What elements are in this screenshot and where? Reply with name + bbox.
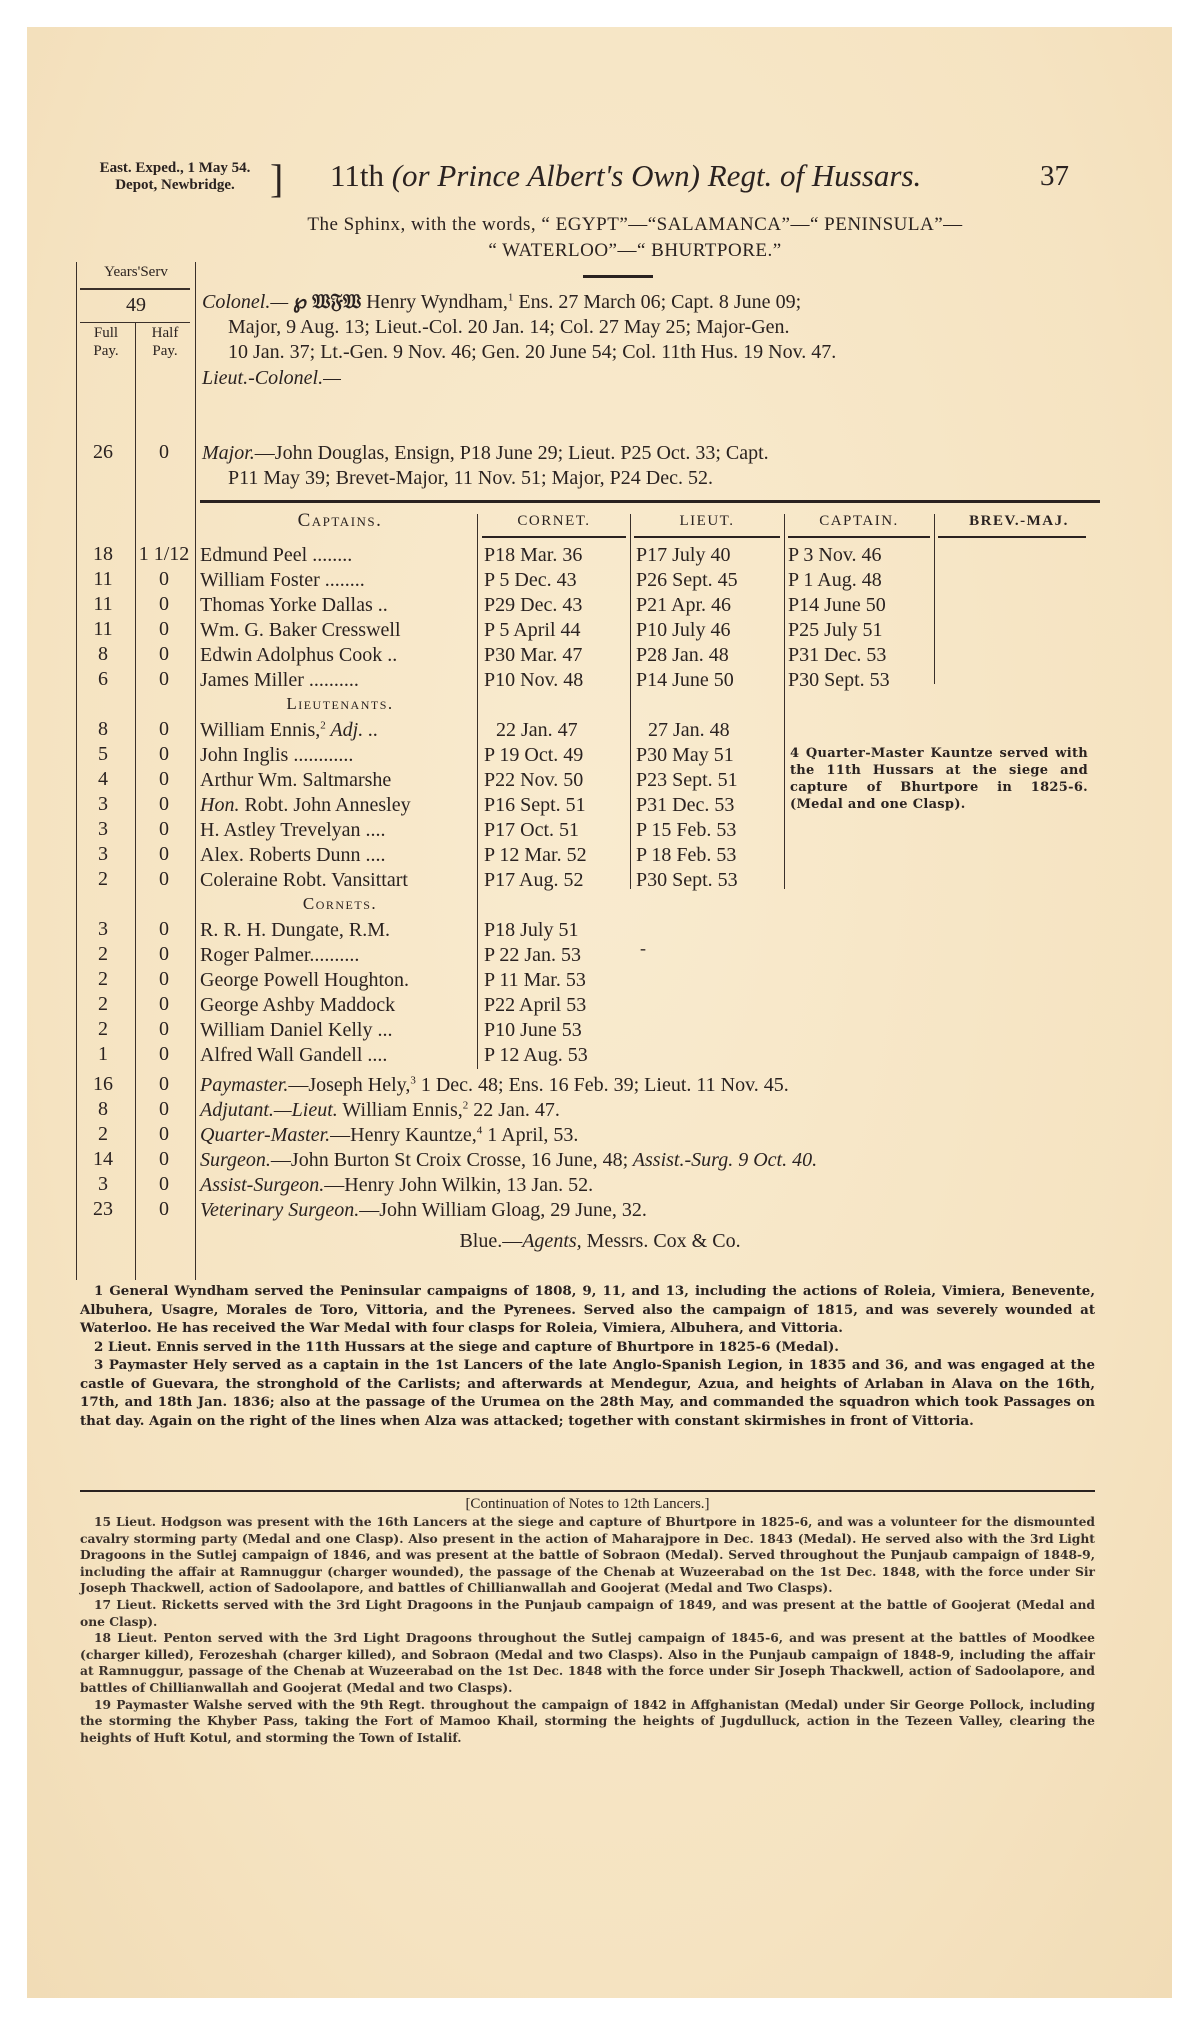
officer-name: Thomas Yorke Dallas .. xyxy=(200,593,478,618)
divider-short xyxy=(583,275,653,278)
full-pay-value: 4 xyxy=(78,768,128,791)
lieut-date: P21 Apr. 46 xyxy=(636,593,782,618)
full-pay-value: 2 xyxy=(78,1123,128,1146)
half-pay-value: 0 xyxy=(138,1043,190,1066)
cornet-date: P18 July 51 xyxy=(484,918,630,943)
lieut-date: P10 July 46 xyxy=(636,618,782,643)
section-cornets: Cornets. xyxy=(200,894,480,914)
half-pay-value: 0 xyxy=(138,818,190,841)
half-pay-value: 0 xyxy=(138,918,190,941)
lieut-colonel-entry: Lieut.-Colonel.— xyxy=(202,366,1102,391)
officer-name: Wm. G. Baker Cresswell xyxy=(200,618,478,643)
full-pay-value: 2 xyxy=(78,943,128,966)
major-half-pay: 0 xyxy=(138,441,190,464)
colonel-line-3: 10 Jan. 37; Lt.-Gen. 9 Nov. 46; Gen. 20 … xyxy=(202,340,1102,365)
half-pay-value: 0 xyxy=(138,968,190,991)
station-line-1: East. Exped., 1 May 54. xyxy=(80,160,270,177)
full-pay-value: 8 xyxy=(78,643,128,666)
honours-line-2: “ WATERLOO”—“ BHURTPORE.” xyxy=(160,238,1110,264)
colonel-line-2: Major, 9 Aug. 13; Lieut.-Col. 20 Jan. 14… xyxy=(202,315,1102,340)
continuation-notes: 15 Lieut. Hodgson was present with the 1… xyxy=(80,1514,1095,1746)
full-pay-value: 8 xyxy=(78,1098,128,1121)
column-rule xyxy=(784,514,785,889)
lieut-date: P17 July 40 xyxy=(636,543,782,568)
full-pay-value: 2 xyxy=(78,1018,128,1041)
lieut-date: P 18 Feb. 53 xyxy=(636,843,782,868)
lieut-date: P28 Jan. 48 xyxy=(636,643,782,668)
cornet-date: P30 Mar. 47 xyxy=(484,643,630,668)
half-pay-value: 0 xyxy=(138,643,190,666)
full-pay-value: 3 xyxy=(78,843,128,866)
names-column-divider xyxy=(195,290,196,1280)
regimental-honours: The Sphinx, with the words, “ EGYPT”—“SA… xyxy=(160,212,1110,264)
pay-column-divider xyxy=(135,322,136,1280)
half-pay-value: 0 xyxy=(138,868,190,891)
major-rank: Major. xyxy=(202,442,255,464)
divider xyxy=(788,536,930,538)
full-pay-value: 11 xyxy=(78,618,128,641)
officer-name: Roger Palmer.......... xyxy=(200,943,478,968)
officer-name: Coleraine Robt. Vansittart xyxy=(200,868,478,893)
dash-mark: - xyxy=(640,938,646,959)
officer-name: Alex. Roberts Dunn .... xyxy=(200,843,478,868)
major-full-pay: 26 xyxy=(78,441,128,464)
captain-date: P30 Sept. 53 xyxy=(788,668,930,693)
full-pay-value: 2 xyxy=(78,968,128,991)
half-pay-value: 0 xyxy=(138,943,190,966)
cornet-date: P 12 Aug. 53 xyxy=(484,1043,630,1068)
full-pay-value: 14 xyxy=(78,1148,128,1171)
captain-date: P 3 Nov. 46 xyxy=(788,543,930,568)
half-pay-value: 0 xyxy=(138,743,190,766)
colonel-name: Henry Wyndham, xyxy=(366,291,508,313)
cornet-date: P29 Dec. 43 xyxy=(484,593,630,618)
full-pay-value: 5 xyxy=(78,743,128,766)
footnote-4-sidenote: 4 Quarter-Master Kauntze served with the… xyxy=(790,745,1088,813)
footnotes: 1 General Wyndham served the Peninsular … xyxy=(80,1282,1095,1430)
lieut-date: P23 Sept. 51 xyxy=(636,768,782,793)
staff-row-paymaster: Paymaster.—Joseph Hely,3 1 Dec. 48; Ens.… xyxy=(200,1073,789,1098)
lieut-date: P14 June 50 xyxy=(636,668,782,693)
title-number: 11th xyxy=(330,158,384,193)
cornet-date: P17 Oct. 51 xyxy=(484,818,630,843)
station-bracket: ] xyxy=(270,160,283,198)
facings-agents: Blue.—Agents, Messrs. Cox & Co. xyxy=(200,1230,1000,1253)
note-18: 18 Lieut. Penton served with the 3rd Lig… xyxy=(80,1630,1095,1696)
lieut-date: P30 Sept. 53 xyxy=(636,868,782,893)
cornet-date: 22 Jan. 47 xyxy=(484,718,642,743)
note-15: 15 Lieut. Hodgson was present with the 1… xyxy=(80,1514,1095,1597)
full-pay-value: 16 xyxy=(78,1073,128,1096)
cornet-date: P 22 Jan. 53 xyxy=(484,943,630,968)
full-pay-value: 2 xyxy=(78,868,128,891)
half-pay-value: 0 xyxy=(138,1018,190,1041)
cornet-date: P10 Nov. 48 xyxy=(484,668,630,693)
officer-name: R. R. H. Dungate, R.M. xyxy=(200,918,478,943)
officer-name: James Miller .......... xyxy=(200,668,478,693)
column-rule xyxy=(934,514,935,684)
officer-name: Alfred Wall Gandell .... xyxy=(200,1043,478,1068)
cornet-date: P10 June 53 xyxy=(484,1018,630,1043)
officer-name: George Powell Houghton. xyxy=(200,968,478,993)
half-pay-value: 0 xyxy=(138,1073,190,1096)
officer-name: H. Astley Trevelyan .... xyxy=(200,818,478,843)
staff-row-adjutant: Adjutant.—Lieut. William Ennis,2 22 Jan.… xyxy=(200,1098,560,1123)
half-pay-value: 0 xyxy=(138,568,190,591)
footnote-3: 3 Paymaster Hely served as a captain in … xyxy=(80,1356,1095,1430)
half-pay-value: 0 xyxy=(138,1148,190,1171)
half-pay-value: 0 xyxy=(138,593,190,616)
captain-date: P25 July 51 xyxy=(788,618,930,643)
full-pay-value: 2 xyxy=(78,993,128,1016)
half-pay-value: 0 xyxy=(138,843,190,866)
cornet-date: P16 Sept. 51 xyxy=(484,793,630,818)
header-captains: Captains. xyxy=(200,510,480,532)
officer-name: William Ennis,2 Adj. .. xyxy=(200,718,478,743)
full-pay-value: 1 xyxy=(78,1043,128,1066)
full-pay-value: 3 xyxy=(78,1173,128,1196)
colonel-years-total: 49 xyxy=(78,294,194,317)
officer-name: Hon. Robt. John Annesley xyxy=(200,793,478,818)
major-line-2: P11 May 39; Brevet-Major, 11 Nov. 51; Ma… xyxy=(202,466,1102,491)
full-pay-value: 11 xyxy=(78,568,128,591)
half-pay-value: 0 xyxy=(138,993,190,1016)
continuation-title: [Continuation of Notes to 12th Lancers.] xyxy=(80,1496,1095,1513)
divider xyxy=(482,536,626,538)
major-entry: Major.—John Douglas, Ensign, P18 June 29… xyxy=(202,441,1102,491)
officer-name: Edwin Adolphus Cook .. xyxy=(200,643,478,668)
officer-name: William Daniel Kelly ... xyxy=(200,1018,478,1043)
honours-line-1: The Sphinx, with the words, “ EGYPT”—“SA… xyxy=(160,212,1110,238)
section-lieutenants: Lieutenants. xyxy=(200,694,480,714)
divider xyxy=(80,1490,1095,1492)
station-line-2: Depot, Newbridge. xyxy=(80,177,270,194)
header-brevet-major: BREV.-MAJ. xyxy=(936,513,1102,530)
lieut-date: P30 May 51 xyxy=(636,743,782,768)
note-17: 17 Lieut. Ricketts served with the 3rd L… xyxy=(80,1597,1095,1630)
cornet-date: P18 Mar. 36 xyxy=(484,543,630,568)
half-pay-value: 0 xyxy=(138,718,190,741)
half-pay-value: 0 xyxy=(138,618,190,641)
cornet-date: P 11 Mar. 53 xyxy=(484,968,630,993)
cornet-date: P17 Aug. 52 xyxy=(484,868,630,893)
header-cornet: CORNET. xyxy=(480,513,628,530)
colonel-rank: Colonel.— xyxy=(202,291,288,313)
half-pay-value: 0 xyxy=(138,1173,190,1196)
running-head-station: East. Exped., 1 May 54. Depot, Newbridge… xyxy=(80,160,270,194)
half-pay-value: 0 xyxy=(138,1098,190,1121)
full-pay-header: Full Pay. xyxy=(78,324,134,360)
lieut-date: P26 Sept. 45 xyxy=(636,568,782,593)
title-text: (or Prince Albert's Own) Regt. of Hussar… xyxy=(384,158,921,193)
lieut-date: 27 Jan. 48 xyxy=(636,718,794,743)
captain-date: P31 Dec. 53 xyxy=(788,643,930,668)
half-pay-value: 1 1/12 xyxy=(138,543,190,566)
officer-name: Arthur Wm. Saltmarshe xyxy=(200,768,478,793)
honour-marks: ℘ 𝔚𝔉𝔚 xyxy=(293,291,361,313)
officer-name: William Foster ........ xyxy=(200,568,478,593)
officer-name: John Inglis ............ xyxy=(200,743,478,768)
years-service-header: Years'Serv xyxy=(78,264,194,281)
full-pay-value: 3 xyxy=(78,818,128,841)
page-number: 37 xyxy=(1040,160,1069,193)
officer-name: Edmund Peel ........ xyxy=(200,543,478,568)
colonel-entry: Colonel.— ℘ 𝔚𝔉𝔚 Henry Wyndham,1 Ens. 27 … xyxy=(202,290,1102,365)
cornet-date: P22 April 53 xyxy=(484,993,630,1018)
half-pay-header: Half Pay. xyxy=(136,324,194,360)
full-pay-value: 18 xyxy=(78,543,128,566)
full-pay-value: 23 xyxy=(78,1198,128,1221)
full-pay-value: 3 xyxy=(78,918,128,941)
half-pay-value: 0 xyxy=(138,1198,190,1221)
cornet-date: P22 Nov. 50 xyxy=(484,768,630,793)
column-rule xyxy=(630,514,631,889)
captain-date: P14 June 50 xyxy=(788,593,930,618)
lieut-date: P31 Dec. 53 xyxy=(636,793,782,818)
divider-thick xyxy=(200,500,1100,503)
cornet-date: P 5 Dec. 43 xyxy=(484,568,630,593)
officer-name: George Ashby Maddock xyxy=(200,993,478,1018)
footnote-2: 2 Lieut. Ennis served in the 11th Hussar… xyxy=(80,1338,1095,1357)
half-pay-value: 0 xyxy=(138,793,190,816)
staff-row-quarter-master: Quarter-Master.—Henry Kauntze,4 1 April,… xyxy=(200,1123,578,1148)
cornet-date: P 12 Mar. 52 xyxy=(484,843,630,868)
cornet-date: P 19 Oct. 49 xyxy=(484,743,630,768)
divider xyxy=(80,288,190,290)
full-pay-value: 6 xyxy=(78,668,128,691)
full-pay-value: 8 xyxy=(78,718,128,741)
half-pay-value: 0 xyxy=(138,668,190,691)
header-lieut: LIEUT. xyxy=(632,513,782,530)
footnote-1: 1 General Wyndham served the Peninsular … xyxy=(80,1282,1095,1338)
lieut-date: P 15 Feb. 53 xyxy=(636,818,782,843)
staff-row-surgeon: Surgeon.—John Burton St Croix Crosse, 16… xyxy=(200,1148,817,1173)
half-pay-value: 0 xyxy=(138,768,190,791)
divider xyxy=(634,536,780,538)
page-title: 11th (or Prince Albert's Own) Regt. of H… xyxy=(330,158,921,194)
note-19: 19 Paymaster Walshe served with the 9th … xyxy=(80,1697,1095,1747)
cornet-date: P 5 April 44 xyxy=(484,618,630,643)
captain-date: P 1 Aug. 48 xyxy=(788,568,930,593)
staff-row-assist-surgeon: Assist-Surgeon.—Henry John Wilkin, 13 Ja… xyxy=(200,1173,593,1198)
full-pay-value: 3 xyxy=(78,793,128,816)
full-pay-value: 11 xyxy=(78,593,128,616)
divider xyxy=(938,536,1086,538)
header-captain: CAPTAIN. xyxy=(786,513,932,530)
half-pay-value: 0 xyxy=(138,1123,190,1146)
staff-row-veterinary-surgeon: Veterinary Surgeon.—John William Gloag, … xyxy=(200,1198,647,1223)
